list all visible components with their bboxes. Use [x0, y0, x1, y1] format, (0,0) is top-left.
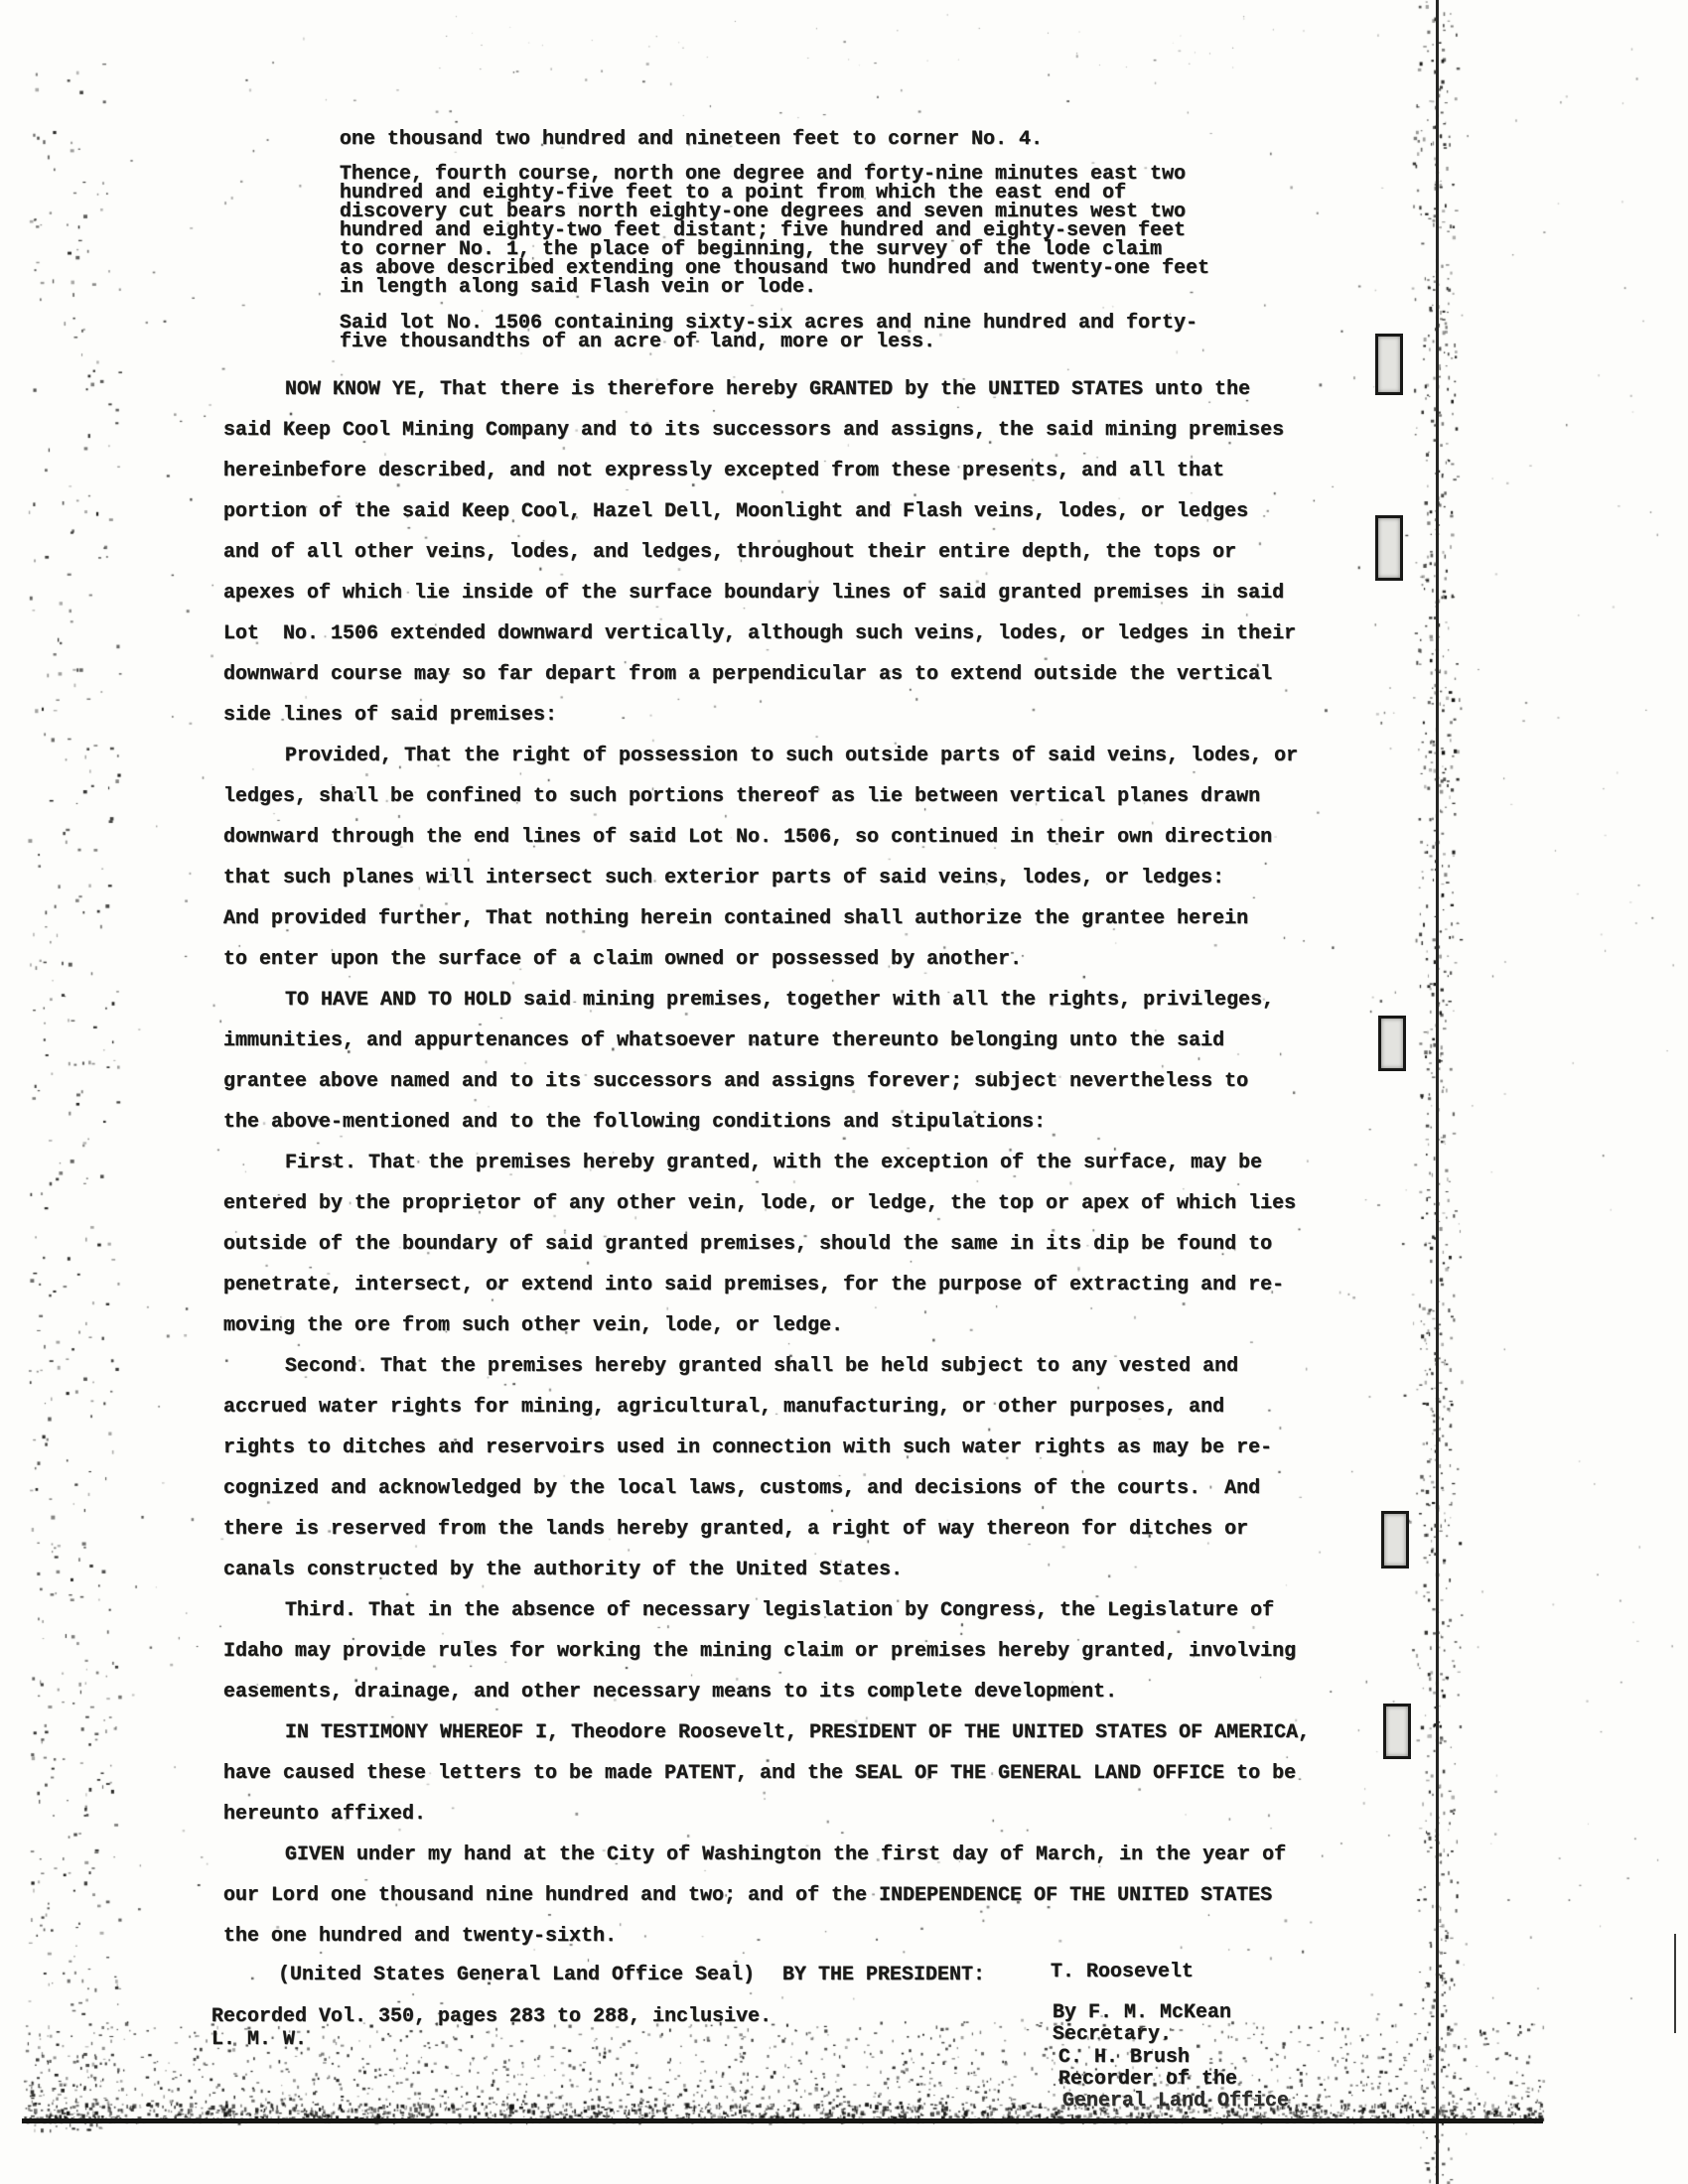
- document-line: have caused these letters to be made PAT…: [223, 1753, 1310, 1794]
- document-line: downward course may so far depart from a…: [223, 654, 1310, 695]
- acreage-paragraph: Said lot No. 1506 containing sixty-six a…: [340, 314, 1209, 351]
- document-line: outside of the boundary of said granted …: [223, 1224, 1310, 1265]
- document-line: our Lord one thousand nine hundred and t…: [223, 1875, 1310, 1916]
- recorder-signature: C. H. Brush: [1058, 2046, 1190, 2069]
- document-line: rights to ditches and reservoirs used in…: [223, 1428, 1310, 1468]
- document-line: grantee above named and to its successor…: [223, 1061, 1310, 1102]
- document-line: moving the ore from such other vein, lod…: [223, 1305, 1310, 1346]
- document-line: and of all other veins, lodes, and ledge…: [223, 532, 1310, 573]
- document-line: Second. That the premises hereby granted…: [223, 1346, 1310, 1387]
- document-line: entered by the proprietor of any other v…: [223, 1183, 1310, 1224]
- document-line: Provided, That the right of possession t…: [223, 736, 1310, 776]
- document-line: NOW KNOW YE, That there is therefore her…: [223, 369, 1310, 410]
- document-line: IN TESTIMONY WHEREOF I, Theodore Rooseve…: [223, 1712, 1310, 1753]
- film-punch-mark: [1383, 1704, 1411, 1759]
- document-line: one thousand two hundred and nineteen fe…: [340, 130, 1209, 149]
- document-line: apexes of which lie inside of the surfac…: [223, 573, 1310, 614]
- survey-description-section: one thousand two hundred and nineteen fe…: [340, 130, 1209, 351]
- film-edge-line: [1436, 0, 1439, 2184]
- document-line: the above-mentioned and to the following…: [223, 1102, 1310, 1143]
- document-line: TO HAVE AND TO HOLD said mining premises…: [223, 980, 1310, 1021]
- document-line: the one hundred and twenty-sixth.: [223, 1916, 1310, 1957]
- document-line: accrued water rights for mining, agricul…: [223, 1387, 1310, 1428]
- secretary-signature: By F. M. McKean: [1053, 2001, 1231, 2024]
- film-punch-mark: [1378, 1016, 1406, 1071]
- recorder-title: Recorder of the: [1058, 2068, 1237, 2091]
- document-line: in length along said Flash vein or lode.: [340, 278, 1209, 297]
- document-line: downward through the end lines of said L…: [223, 817, 1310, 858]
- document-line: Lot No. 1506 extended downward verticall…: [223, 614, 1310, 654]
- document-line: five thousandths of an acre of land, mor…: [340, 333, 1209, 351]
- document-line: Idaho may provide rules for working the …: [223, 1631, 1310, 1672]
- document-line: to enter upon the surface of a claim own…: [223, 939, 1310, 980]
- film-punch-mark: [1375, 515, 1403, 581]
- film-punch-mark: [1381, 1511, 1409, 1569]
- document-line: ledges, shall be confined to such portio…: [223, 776, 1310, 817]
- seal-note: (United States General Land Office Seal): [278, 1964, 755, 1986]
- document-line: that such planes will intersect such ext…: [223, 858, 1310, 898]
- recorded-note: Recorded Vol. 350, pages 283 to 288, inc…: [211, 2005, 772, 2028]
- president-signature: T. Roosevelt: [1051, 1961, 1194, 1983]
- document-line: cognized and acknowledged by the local l…: [223, 1468, 1310, 1509]
- document-line: side lines of said premises:: [223, 695, 1310, 736]
- document-line: immunities, and appurtenances of whatsoe…: [223, 1021, 1310, 1061]
- by-the-president-label: BY THE PRESIDENT:: [782, 1964, 985, 1986]
- document-line: And provided further, That nothing herei…: [223, 898, 1310, 939]
- document-line: GIVEN under my hand at the City of Washi…: [223, 1835, 1310, 1875]
- scanned-document-page: { "document": { "intro": { "line1": "one…: [0, 0, 1688, 2184]
- recorder-title-office: General Land Office: [1062, 2090, 1289, 2113]
- document-line: First. That the premises hereby granted,…: [223, 1143, 1310, 1183]
- document-line: hereinbefore described, and not expressl…: [223, 451, 1310, 491]
- document-line: portion of the said Keep Cool, Hazel Del…: [223, 491, 1310, 532]
- document-line: easements, drainage, and other necessary…: [223, 1672, 1310, 1712]
- document-line: said Keep Cool Mining Company and to its…: [223, 410, 1310, 451]
- right-edge-mark: [1674, 1934, 1676, 2033]
- document-line: there is reserved from the lands hereby …: [223, 1509, 1310, 1550]
- document-line: Third. That in the absence of necessary …: [223, 1590, 1310, 1631]
- document-line: canals constructed by the authority of t…: [223, 1550, 1310, 1590]
- clerk-initials: L. M. W.: [211, 2028, 307, 2051]
- patent-body-section: NOW KNOW YE, That there is therefore her…: [223, 369, 1310, 1957]
- film-punch-mark: [1375, 334, 1403, 395]
- bottom-scan-band-line: [22, 2118, 1543, 2123]
- document-line: penetrate, intersect, or extend into sai…: [223, 1265, 1310, 1305]
- secretary-title: Secretary.: [1053, 2023, 1172, 2046]
- document-line: hereunto affixed.: [223, 1794, 1310, 1835]
- fourth-course-paragraph: Thence, fourth course, north one degree …: [340, 165, 1209, 297]
